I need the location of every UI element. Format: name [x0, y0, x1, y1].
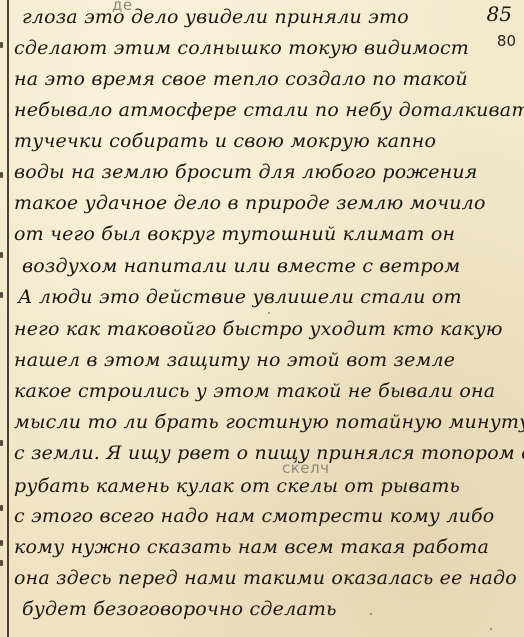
text-line: него как таковойго быстро уходит кто как…	[14, 313, 503, 345]
text-line: рубать камень кулак от скелы от рывать	[14, 470, 460, 502]
text-line: с земли. Я ищу рвет о пищу принялся топо…	[14, 437, 524, 469]
text-line: тучечки собирать и свою мокрую капно	[14, 125, 436, 157]
text-line: от чего был вокруг тутошний климат он	[14, 218, 455, 250]
margin-mark	[0, 172, 3, 178]
margin-mark	[0, 440, 3, 446]
paper-speck	[490, 628, 492, 630]
text-line: на это время свое тепло создало по такой	[14, 63, 468, 95]
margin-rule	[7, 0, 9, 637]
text-line: А люди это действие увлишели стали от	[18, 281, 462, 313]
text-line: кому нужно сказать нам всем такая работа	[14, 531, 489, 563]
side-number: 80	[497, 32, 516, 50]
page-number: 85	[487, 2, 512, 26]
margin-mark	[0, 252, 3, 258]
text-line: будет безоговорочно сделать	[22, 593, 337, 625]
left-margin-marks	[0, 0, 6, 637]
text-line: воздухом напитали или вместе с ветром	[22, 250, 460, 282]
text-line: воды на землю бросит для любого рожения	[14, 156, 478, 188]
margin-mark	[0, 540, 3, 546]
text-line: с этого всего надо нам смотрести кому ли…	[14, 500, 494, 532]
manuscript-page: 85 80 де скелч глоза это дело увидели пр…	[0, 0, 524, 637]
text-line: такое удачное дело в природе землю мочил…	[14, 187, 486, 219]
text-line: какое строились у этом такой не бывали о…	[14, 375, 495, 407]
text-line: она здесь перед нами такими оказалась ее…	[14, 562, 517, 594]
paper-speck	[268, 312, 270, 314]
text-line: сделают этим солнышко токую видимост	[14, 32, 469, 64]
text-line: нашел в этом защиту но этой вот земле	[14, 344, 455, 376]
paper-speck	[370, 613, 372, 615]
margin-mark	[0, 560, 3, 566]
margin-mark	[0, 292, 3, 298]
text-line: мысли то ли брать гостиную потайную мину…	[14, 406, 524, 438]
paper-speck	[175, 80, 177, 82]
text-line: небывало атмосфере стали по небу доталки…	[14, 94, 524, 126]
text-line: глоза это дело увидели приняли это	[22, 1, 409, 33]
margin-mark	[0, 42, 3, 48]
margin-mark	[0, 505, 3, 511]
